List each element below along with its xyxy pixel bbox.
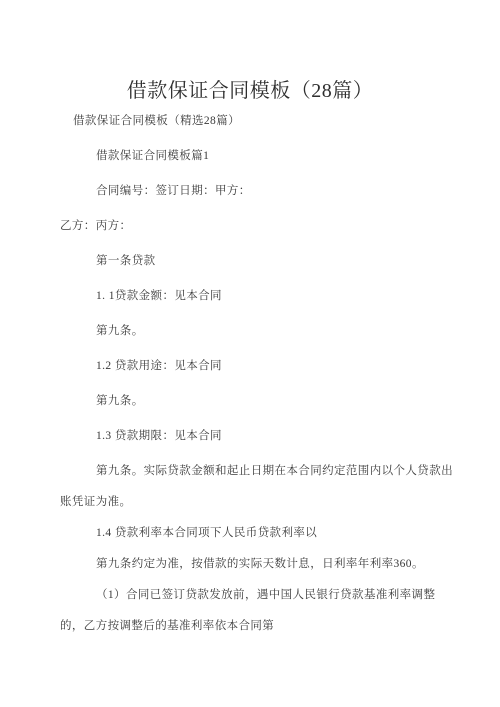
document-page: 借款保证合同模板（28篇） 借款保证合同模板（精选28篇）借款保证合同模板篇1合…	[0, 0, 500, 707]
document-title: 借款保证合同模板（28篇）	[0, 74, 500, 103]
text-line: 1.3 贷款期限：见本合同	[96, 429, 500, 464]
text-line: 1. 1贷款金额：见本合同	[96, 289, 500, 324]
text-line: 第九条。	[96, 324, 500, 359]
text-line: 1.2 贷款用途：见本合同	[96, 359, 500, 394]
document-body: 借款保证合同模板（精选28篇）借款保证合同模板篇1合同编号：签订日期：甲方：乙方…	[0, 114, 500, 650]
text-line: 借款保证合同模板篇1	[96, 149, 500, 184]
text-line: 乙方：丙方：	[60, 219, 500, 254]
text-line: 第九条。	[96, 394, 500, 429]
text-line: 合同编号：签订日期：甲方：	[96, 184, 500, 219]
text-line: 的，乙方按调整后的基准利率依本合同第	[60, 619, 500, 650]
text-line: 第九条约定为准，按借款的实际天数计息，日利率年利率360。	[96, 557, 500, 588]
text-line: 第九条。实际贷款金额和起止日期在本合同约定范围内以个人贷款出	[96, 464, 500, 495]
text-line: 借款保证合同模板（精选28篇）	[73, 114, 500, 149]
text-line: 第一条贷款	[96, 254, 500, 289]
text-line: 账凭证为准。	[60, 495, 500, 526]
text-line: 1.4 贷款利率本合同项下人民币贷款利率以	[96, 526, 500, 557]
text-line: （1）合同已签订贷款发放前，遇中国人民银行贷款基准利率调整	[96, 588, 500, 619]
